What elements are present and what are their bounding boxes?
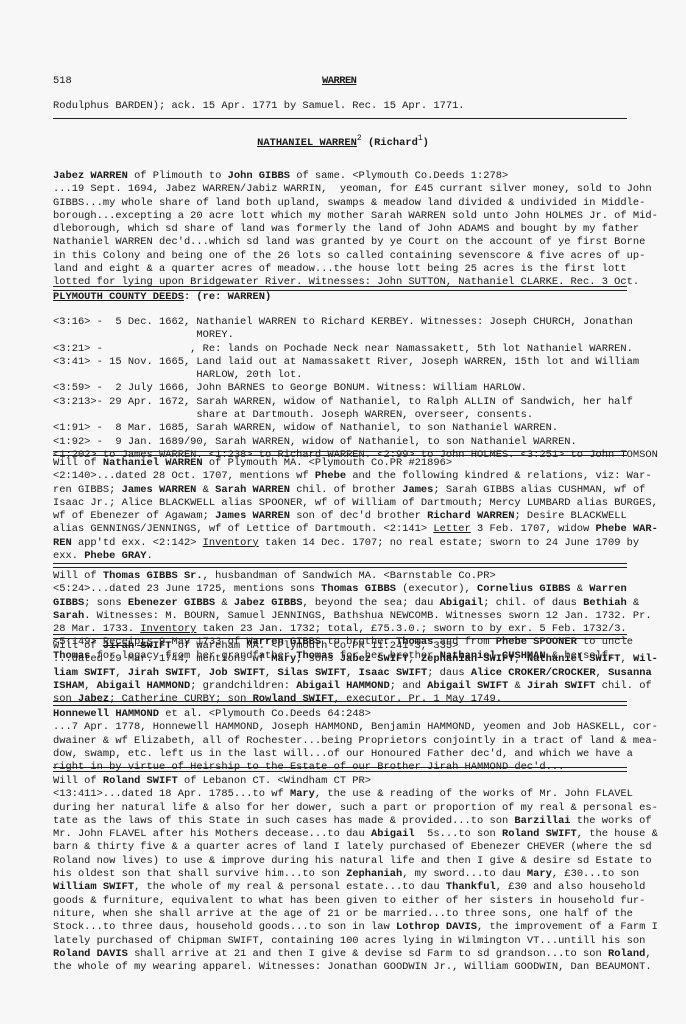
text-line: Will of Roland SWIFT of Lebanon CT. <Win… (53, 775, 633, 788)
text-line: alias GENNINGS/JENNINGS, wf of Lettice o… (53, 523, 633, 536)
text-line: ...dated 29 Mar. 1744, mentions wf Mary,… (53, 653, 633, 666)
text-line: REN app'td exx. <2:142> Inventory taken … (53, 537, 633, 550)
text-line: dow, swamp, etc. left us in the last wil… (53, 748, 633, 761)
text-line: ISHAM, Abigail HAMMOND; grandchildren: A… (53, 680, 633, 693)
text-line: ...19 Sept. 1694, Jabez WARREN/Jabiz WAR… (53, 183, 633, 196)
text-line: Sarah. Witnesses: M. BOURN, Samuel JENNI… (53, 610, 633, 623)
text-line: Stock...to three daus, household goods..… (53, 921, 633, 934)
section-title: NATHANIEL WARREN2 (Richard1) (0, 137, 686, 150)
entry-honnewell-deed: Honnewell HAMMOND et al. <Plymouth Co.De… (53, 708, 633, 774)
text-line: <3:41> - 15 Nov. 1665, Land laid out at … (53, 356, 633, 369)
text-line: MOREY. (53, 329, 633, 342)
text-line: barn & thirty five & a quarter acres of … (53, 841, 633, 854)
title-name: NATHANIEL WARREN (257, 137, 357, 149)
text-line: <5:24>...dated 23 June 1725, mentions so… (53, 583, 633, 596)
text-line: Jabez WARREN of Plimouth to John GIBBS o… (53, 170, 633, 183)
text-line: Roland DAVIS shall arrive at 21 and then… (53, 948, 633, 961)
text-line: liam SWIFT, Jirah SWIFT, Job SWIFT, Sila… (53, 667, 633, 680)
text-line: <13:411>...dated 18 Apr. 1785...to wf Ma… (53, 788, 633, 801)
text-line: ren GIBBS; James WARREN & Sarah WARREN c… (53, 484, 633, 497)
title-parent: (Richard (362, 137, 418, 149)
text-line: tate as the laws of this State in such c… (53, 815, 633, 828)
text-line: in this Colony and being one of the 26 l… (53, 250, 633, 263)
text-line: borough...excepting a 20 acre lott which… (53, 210, 633, 223)
text-line: land and eight & a quarter acres of mead… (53, 263, 633, 276)
text-line: exx. Phebe GRAY. (53, 550, 633, 563)
text-line: <3:213>- 29 Apr. 1672, Sarah WARREN, wid… (53, 396, 633, 409)
text-line: the whole of my wearing apparel. Witness… (53, 961, 633, 974)
entry-will-jirah-swift: Will of Jirah SWIFT of Wareham MA. <Plym… (53, 640, 633, 706)
text-line: Honnewell HAMMOND et al. <Plymouth Co.De… (53, 708, 633, 721)
text-line: lately purchased of Chipman SWIFT, conta… (53, 935, 633, 948)
text-line: <1:92> - 9 Jan. 1689/90, Sarah WARREN, w… (53, 436, 633, 449)
text-line: HARLOW, 20th lot. (53, 369, 633, 382)
heading-suffix: : (re: WARREN) (184, 291, 271, 303)
text-line: share at Dartmouth. Joseph WARREN, overs… (53, 409, 633, 422)
text-line: ...7 Apr. 1778, Honnewell HAMMOND, Josep… (53, 721, 633, 734)
text-line: Will of Nathaniel WARREN of Plymouth MA.… (53, 457, 633, 470)
rule (53, 118, 627, 119)
text-line: dleborough, which sd share of land was f… (53, 223, 633, 236)
text-line: GIBBS; sons Ebenezer GIBBS & Jabez GIBBS… (53, 597, 633, 610)
running-head: WARREN (322, 75, 356, 88)
continuation-text: Rodulphus BARDEN); ack. 15 Apr. 1771 by … (53, 100, 633, 113)
rule (53, 701, 627, 706)
page-number: 518 (53, 75, 72, 88)
text-line: his oldest son that shall survive him...… (53, 868, 633, 881)
text-line: Roland now lives) to use & improve durin… (53, 855, 633, 868)
text-line: <3:59> - 2 July 1666, John BARNES to Geo… (53, 382, 633, 395)
text-line: <3:21> - , Re: lands on Pochade Neck nea… (53, 343, 633, 356)
text-line: niture, when she shall arrive at the age… (53, 908, 633, 921)
heading-label: PLYMOUTH COUNTY DEEDS (53, 291, 184, 303)
text-line: dwainer & wf Elizabeth, all of Rochester… (53, 735, 633, 748)
entry-will-nathaniel: Will of Nathaniel WARREN of Plymouth MA.… (53, 457, 633, 563)
entry-will-roland-swift: Will of Roland SWIFT of Lebanon CT. <Win… (53, 775, 633, 974)
rule (53, 767, 627, 772)
text-line: Nathaniel WARREN dec'd...which sd land w… (53, 236, 633, 249)
text-line: during her natural life & also for her d… (53, 802, 633, 815)
plymouth-deeds-heading: PLYMOUTH COUNTY DEEDS: (re: WARREN) (53, 291, 633, 304)
rule (53, 634, 627, 639)
text-line: William SWIFT, the whole of my real & pe… (53, 881, 633, 894)
text-line: Will of Thomas GIBBS Sr., husbandman of … (53, 570, 633, 583)
text-line: Will of Jirah SWIFT of Wareham MA. <Plym… (53, 640, 633, 653)
text-line: <3:16> - 5 Dec. 1662, Nathaniel WARREN t… (53, 316, 633, 329)
title-close: ) (423, 137, 429, 149)
text-line: wf of Ebenezer of Agawam; James WARREN s… (53, 510, 633, 523)
text-line: goods & furniture, equivalent to what ha… (53, 895, 633, 908)
text-line: Isaac Jr.; Alice BLACKWELL alias SPOONER… (53, 497, 633, 510)
entry-jabez-deed: Jabez WARREN of Plimouth to John GIBBS o… (53, 170, 633, 290)
entry-plymouth-deeds: <3:16> - 5 Dec. 1662, Nathaniel WARREN t… (53, 316, 633, 462)
text-line: Mr. John FLAVEL after his Mothers deceas… (53, 828, 633, 841)
text-line: GIBBS...my whole share of land both upla… (53, 197, 633, 210)
rule (53, 451, 627, 456)
text-line: <2:140>...dated 28 Oct. 1707, mentions w… (53, 470, 633, 483)
text-line: <1:91> - 8 Mar. 1685, Sarah WARREN, wido… (53, 422, 633, 435)
rule (53, 563, 627, 568)
